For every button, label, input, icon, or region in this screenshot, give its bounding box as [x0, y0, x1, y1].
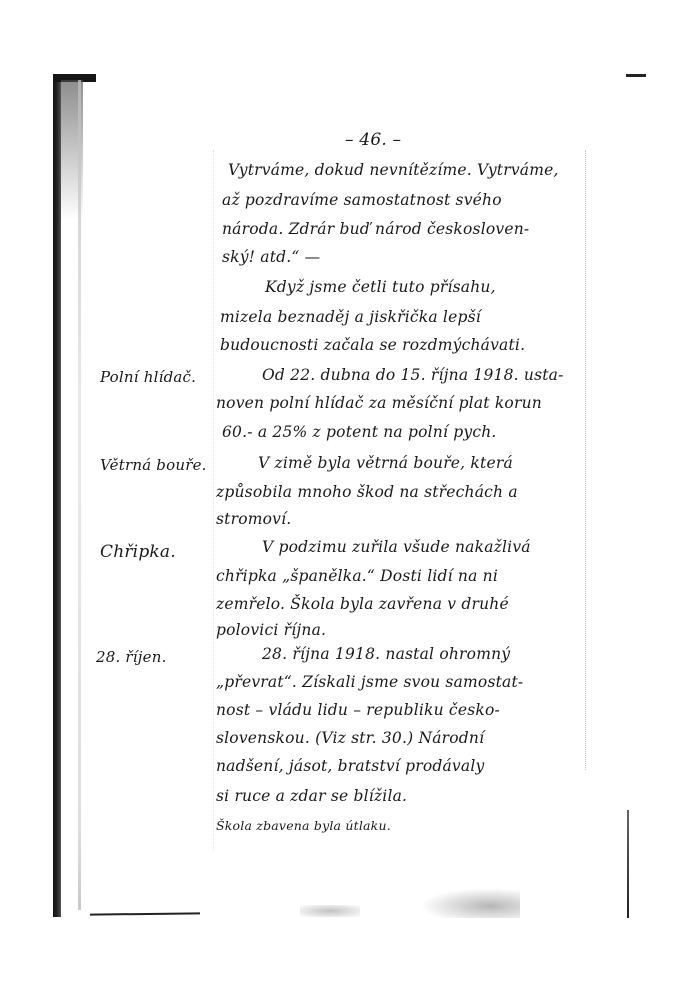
- scanned-manuscript-page: – 46. – Vytrváme, dokud nevnítězíme. Vyt…: [0, 0, 700, 993]
- text-line: V podzimu zuřila všude nakažlivá: [262, 540, 531, 556]
- page-bottom-edge: [90, 912, 200, 915]
- text-line: Když jsme četli tuto přísahu,: [265, 280, 496, 296]
- page-right-edge: [627, 810, 629, 918]
- text-line: mizela beznaděj a jiskřička lepší: [220, 310, 481, 326]
- text-line: Vytrváme, dokud nevnítězíme. Vytrváme,: [228, 163, 559, 179]
- margin-note: Chřipka.: [100, 544, 176, 561]
- left-margin-line: [213, 150, 214, 850]
- scan-smudge: [300, 905, 360, 917]
- text-line: 60.- a 25% z potent na polní pych.: [222, 425, 497, 441]
- margin-note: Větrná bouře.: [100, 458, 207, 473]
- scan-smudge: [420, 888, 520, 918]
- page-top-mark: [626, 74, 646, 77]
- text-line: Škola zbavena byla útlaku.: [216, 820, 391, 833]
- book-spine: [53, 74, 61, 917]
- text-line: ský! atd.“ —: [222, 250, 320, 266]
- text-line: si ruce a zdar se blížila.: [216, 789, 407, 805]
- text-line: chřipka „španělka.“ Dosti lidí na ni: [216, 569, 498, 585]
- text-line: Od 22. dubna do 15. října 1918. usta-: [262, 368, 564, 384]
- spine-highlight: [78, 80, 81, 910]
- margin-note: 28. říjen.: [96, 650, 167, 665]
- text-line: způsobila mnoho škod na střechách a: [216, 485, 518, 501]
- text-line: stromoví.: [216, 512, 291, 528]
- text-line: budoucnosti začala se rozdmýchávati.: [220, 338, 525, 354]
- text-line: nadšení, jásot, bratství prodávaly: [216, 759, 484, 775]
- margin-note: Polní hlídač.: [100, 370, 196, 385]
- text-line: V zimě byla větrná bouře, která: [258, 456, 513, 472]
- text-line: nost – vládu lidu – republiku česko-: [216, 703, 500, 719]
- text-line: 28. října 1918. nastal ohromný: [262, 647, 510, 663]
- text-line: národa. Zdrár buď národ českosloven-: [222, 222, 529, 238]
- text-line: až pozdravíme samostatnost svého: [222, 193, 502, 209]
- text-line: „převrat“. Získali jsme svou samostat-: [216, 675, 523, 691]
- text-line: zemřelo. Škola byla zavřena v druhé: [216, 597, 509, 613]
- text-line: slovenskou. (Viz str. 30.) Národní: [216, 731, 484, 747]
- text-line: polovici října.: [216, 623, 326, 639]
- page-number: – 46. –: [345, 132, 401, 149]
- text-line: noven polní hlídač za měsíční plat korun: [216, 396, 542, 412]
- right-margin-line: [585, 150, 586, 770]
